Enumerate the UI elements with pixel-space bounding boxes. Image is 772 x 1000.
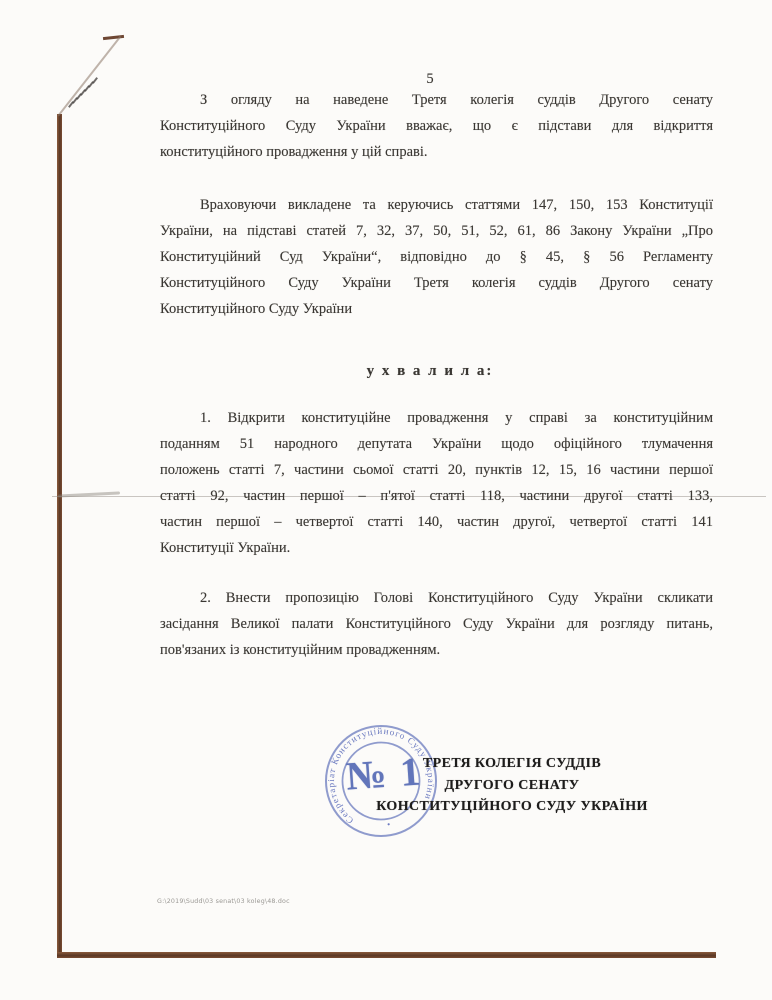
paragraph-item-2: 2. Внести пропозицію Голові Конституційн… bbox=[160, 585, 713, 663]
resolution-heading: у х в а л и л а: bbox=[160, 358, 700, 384]
text-line: Конституційного Суду України Третя колег… bbox=[160, 270, 713, 296]
text-line: поданням 51 народного депутата України щ… bbox=[160, 431, 713, 457]
stamp-org-name: ТРЕТЯ КОЛЕГІЯ СУДДІВ ДРУГОГО СЕНАТУ КОНС… bbox=[352, 753, 672, 818]
org-line: ТРЕТЯ КОЛЕГІЯ СУДДІВ bbox=[352, 753, 672, 775]
text-line: статті 92, частин першої – п'ятої статті… bbox=[160, 483, 713, 509]
scan-artifact-left-edge bbox=[57, 114, 62, 955]
text-line: 2. Внести пропозицію Голові Конституційн… bbox=[160, 585, 713, 611]
text-line: засідання Великої палати Конституційного… bbox=[160, 611, 713, 637]
paragraph-item-1: 1. Відкрити конституційне провадження у … bbox=[160, 405, 713, 561]
scan-artifact-hatch bbox=[92, 77, 98, 84]
paragraph-opening: З огляду на наведене Третя колегія судді… bbox=[160, 87, 713, 165]
footer-file-path: G:\2019\Sudd\03 senat\03 koleg\48.doc bbox=[157, 898, 290, 905]
scan-artifact-top-edge bbox=[103, 35, 124, 40]
text-line: Конституції України. bbox=[160, 535, 713, 561]
text-line: Враховуючи викладене та керуючись стаття… bbox=[160, 192, 713, 218]
paragraph-legal-basis: Враховуючи викладене та керуючись стаття… bbox=[160, 192, 713, 322]
text-line: конституційного провадження у цій справі… bbox=[160, 139, 713, 165]
org-line: КОНСТИТУЦІЙНОГО СУДУ УКРАЇНИ bbox=[352, 796, 672, 818]
scan-artifact-bottom-edge bbox=[57, 952, 716, 958]
text-line: частин першої – четвертої статті 140, ча… bbox=[160, 509, 713, 535]
text-line: 1. Відкрити конституційне провадження у … bbox=[160, 405, 713, 431]
text-line: пов'язаних із конституційним провадження… bbox=[160, 637, 713, 663]
stamp-ring-dot: • bbox=[386, 819, 391, 829]
text-line: України, на підставі статей 7, 32, 37, 5… bbox=[160, 218, 713, 244]
text-line: положень статті 7, частини сьомої статті… bbox=[160, 457, 713, 483]
text-line: Конституційний Суд України“, відповідно … bbox=[160, 244, 713, 270]
scanned-page: 5 З огляду на наведене Третя колегія суд… bbox=[0, 0, 772, 1000]
org-line: ДРУГОГО СЕНАТУ bbox=[352, 775, 672, 797]
scan-artifact-fold-line bbox=[57, 36, 121, 116]
text-line: З огляду на наведене Третя колегія судді… bbox=[160, 87, 713, 113]
text-line: Конституційного Суду України вважає, що … bbox=[160, 113, 713, 139]
text-line: Конституційного Суду України bbox=[160, 296, 713, 322]
